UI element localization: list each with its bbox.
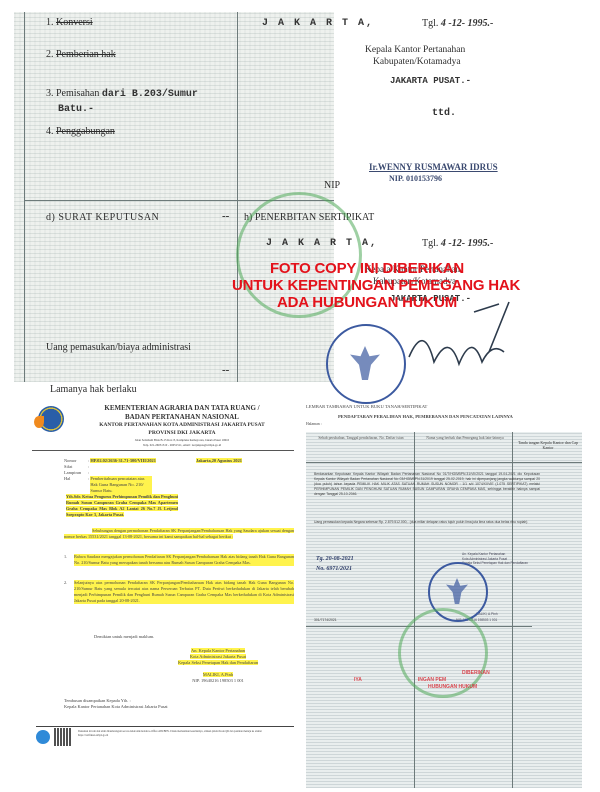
stamp-line-3: ADA HUBUNGAN HUKUM bbox=[232, 294, 502, 311]
signature-line-2: Kota Administrasi Jakarta Pusat bbox=[190, 654, 246, 659]
header-line-1: KEMENTERIAN AGRARIA DAN TATA RUANG / bbox=[72, 404, 292, 412]
point-text: Bahwa Saudara mengajukan permohonan Pend… bbox=[74, 554, 294, 566]
point-number: 2. bbox=[64, 580, 74, 604]
office-line-2: Kabupaten/Kotamadya bbox=[373, 57, 461, 67]
signature-line-1: An. Kepala Kantor Pertanahan bbox=[191, 648, 245, 653]
e-office-logo-icon bbox=[36, 730, 50, 744]
meta-label: Hal bbox=[64, 476, 88, 494]
footer-divider bbox=[36, 726, 294, 727]
reference-number: 301/7174/2021 bbox=[314, 618, 337, 622]
frame-line bbox=[237, 12, 238, 382]
stamp-line-2: UNTUK KEPENTINGAN PEMEGANG HAK bbox=[232, 277, 502, 294]
logo-flame-icon bbox=[34, 416, 44, 428]
item-number: 4. bbox=[46, 126, 54, 137]
bpn-logo-icon bbox=[38, 406, 64, 432]
entry-date: Tg. 20-08-2021 bbox=[316, 556, 354, 562]
header-divider bbox=[32, 450, 294, 451]
stamp-line-1: FOTO COPY INI DIBERIKAN bbox=[232, 260, 502, 277]
sheet-table: Sebab perubahan, Tanggal pendaftaran, No… bbox=[306, 432, 582, 788]
section-d-label: d) SURAT KEPUTUSAN bbox=[46, 212, 159, 223]
cc-recipient: Kepala Kantor Pertanahan Kota Administra… bbox=[64, 704, 168, 710]
closing-text: Demikian untuk menjadi maklum. bbox=[94, 634, 154, 639]
item-2: 2. Pemberian hak bbox=[46, 49, 116, 60]
item-4: 4. Penggabungan bbox=[46, 126, 115, 137]
entry-text: Berdasarkan Keputusan Kepala Kantor Wila… bbox=[314, 472, 540, 497]
qr-code-icon bbox=[54, 728, 72, 746]
stamp-fragment: IYA bbox=[354, 677, 362, 683]
fee-value: -- bbox=[222, 364, 229, 376]
fee-text: Uang pemasukan kepada Negara sebesar Rp.… bbox=[314, 520, 540, 525]
office-line-1: Kepala Kantor Pertanahan bbox=[365, 45, 465, 55]
letter-date: Jakarta,20 Agustus 2021 bbox=[196, 458, 242, 463]
item-label: Konversi bbox=[56, 17, 93, 28]
header-line-4: PROVINSI DKI JAKARTA bbox=[72, 430, 292, 436]
date-value: 4 -12- 1995.- bbox=[441, 18, 494, 29]
header-address: Jalan Setiabudi Blok B-15 Kav. 8, Komple… bbox=[72, 438, 292, 442]
letter-meta: Nomor: HP.02.02/2636-31.71-300/VIII/2021… bbox=[64, 458, 156, 494]
item-value-continued: Batu.- bbox=[58, 104, 94, 115]
office-city: JAKARTA PUSAT.- bbox=[390, 76, 471, 86]
header-line-3: KANTOR PERTANAHAN KOTA ADMINISTRASI JAKA… bbox=[72, 422, 292, 428]
section-h-date-line: Tgl. 4 -12- 1995.- bbox=[422, 238, 493, 249]
point-number: 1. bbox=[64, 554, 74, 566]
page-label: Halaman : bbox=[306, 422, 322, 426]
fee-label: Uang pemasukan/biaya administrasi bbox=[46, 342, 191, 353]
header-contact: Telp. 021-26051510 - 26051511, email : k… bbox=[72, 443, 292, 447]
section-d-value: -- bbox=[222, 210, 229, 222]
garuda-icon bbox=[350, 346, 380, 380]
item-label: Pemberian hak bbox=[56, 49, 116, 60]
signatory-nip: NIP. 19640216 198503 1 001 bbox=[148, 678, 288, 684]
letter-signature: An. Kepala Kantor Pertanahan Kota Admini… bbox=[148, 648, 288, 684]
additional-sheet: LEMBAR TAMBAHAN UNTUK BUKU TANAH/SERTIPI… bbox=[304, 398, 584, 790]
date-line: Tgl. 4 -12- 1995.- bbox=[422, 18, 493, 29]
sheet-subtitle: PENDAFTARAN PERALIHAN HAK, PEMBEBANAN DA… bbox=[338, 414, 513, 419]
addressee: Yth.Sdr. Ketua Pengurus Perhimpunan Pemi… bbox=[66, 494, 178, 518]
certificate-scan: 1. Konversi 2. Pemberian hak 3. Pemisaha… bbox=[14, 12, 334, 382]
intro-paragraph: Sehubungan dengan permohonan Pendaftaran… bbox=[64, 528, 294, 540]
official-letter: KEMENTERIAN AGRARIA DAN TATA RUANG / BAD… bbox=[28, 398, 296, 782]
stamp-fragment: DIBERIKAN bbox=[354, 670, 554, 677]
cc-block: Tembusan disampaikan Kepada Yth. : Kepal… bbox=[64, 698, 168, 710]
signatory-name: Ir.WENNY RUSMAWAR IDRUS bbox=[369, 162, 498, 172]
signatory-name: MALIKI, A.Ptnh bbox=[203, 672, 233, 677]
date-value: 4 -12- 1995.- bbox=[441, 238, 494, 249]
item-3: 3. Pemisahan dari B.203/Sumur bbox=[46, 88, 198, 100]
point-text: Selanjutnya atas permohonan Pendaftaran … bbox=[74, 580, 294, 604]
photocopy-stamp: FOTO COPY INI DIBERIKAN UNTUK KEPENTINGA… bbox=[232, 260, 502, 311]
point-2: 2. Selanjutnya atas permohonan Pendaftar… bbox=[64, 580, 294, 604]
entry-number: No. 6971/2021 bbox=[316, 566, 352, 572]
stamp-fragment: INGAN PEM bbox=[362, 677, 446, 683]
signature-line-3: Kepala Seksi Penetapan Hak dan Pendaftar… bbox=[178, 660, 258, 665]
item-number: 1. bbox=[46, 17, 54, 28]
column-header: Tanda tangan Kepala Kantor dan Cap Kanto… bbox=[516, 440, 580, 450]
item-label: Penggabungan bbox=[56, 126, 115, 137]
sheet-sign-block: An. Kepala Kantor Pertanahan Kota Admini… bbox=[462, 552, 528, 566]
tgl-label: Tgl. bbox=[422, 18, 438, 29]
frame-line bbox=[24, 12, 25, 382]
letter-subject: Pemberitahuan pencatatan atas Hak Guna B… bbox=[90, 476, 152, 494]
header-divider bbox=[306, 462, 582, 463]
column-header: Sebab perubahan, Tanggal pendaftaran, No… bbox=[316, 436, 406, 441]
item-number: 2. bbox=[46, 49, 54, 60]
sheet-title: LEMBAR TAMBAHAN UNTUK BUKU TANAH/SERTIPI… bbox=[306, 404, 427, 409]
stamp-fragment: HUBUNGAN HUKUM bbox=[354, 684, 554, 691]
column-header: Nama yang berhak dan Pemegang hak lain-l… bbox=[422, 436, 508, 441]
garuda-icon bbox=[446, 578, 468, 604]
item-value: dari B.203/Sumur bbox=[102, 89, 198, 100]
item-1: 1. Konversi bbox=[46, 17, 93, 28]
place: J A K A R T A, bbox=[262, 18, 374, 29]
nip-label: NIP bbox=[324, 180, 340, 191]
addressee-text: Yth.Sdr. Ketua Pengurus Perhimpunan Pemi… bbox=[66, 494, 178, 517]
point-1: 1. Bahwa Saudara mengajukan permohonan P… bbox=[64, 554, 294, 566]
footer-note: Dokumen ini sah dan telah ditandatangani… bbox=[78, 730, 292, 737]
ttd: ttd. bbox=[432, 108, 456, 119]
item-number: 3. bbox=[46, 88, 54, 99]
header-line-2: BADAN PERTANAHAN NASIONAL bbox=[72, 413, 292, 421]
faded-stamp: DIBERIKAN IYAINGAN PEM HUBUNGAN HUKUM bbox=[354, 670, 554, 691]
letter-number: HP.02.02/2636-31.71-300/VIII/2021 bbox=[90, 458, 156, 463]
item-label: Pemisahan bbox=[56, 88, 99, 99]
duration-label: Lamanya hak berlaku bbox=[50, 384, 137, 395]
signatory-nip: NIP. 010153796 bbox=[389, 174, 442, 183]
garuda-seal-icon bbox=[326, 324, 406, 404]
intro-text: Sehubungan dengan permohonan Pendaftaran… bbox=[64, 528, 294, 539]
tgl-label: Tgl. bbox=[422, 238, 438, 249]
